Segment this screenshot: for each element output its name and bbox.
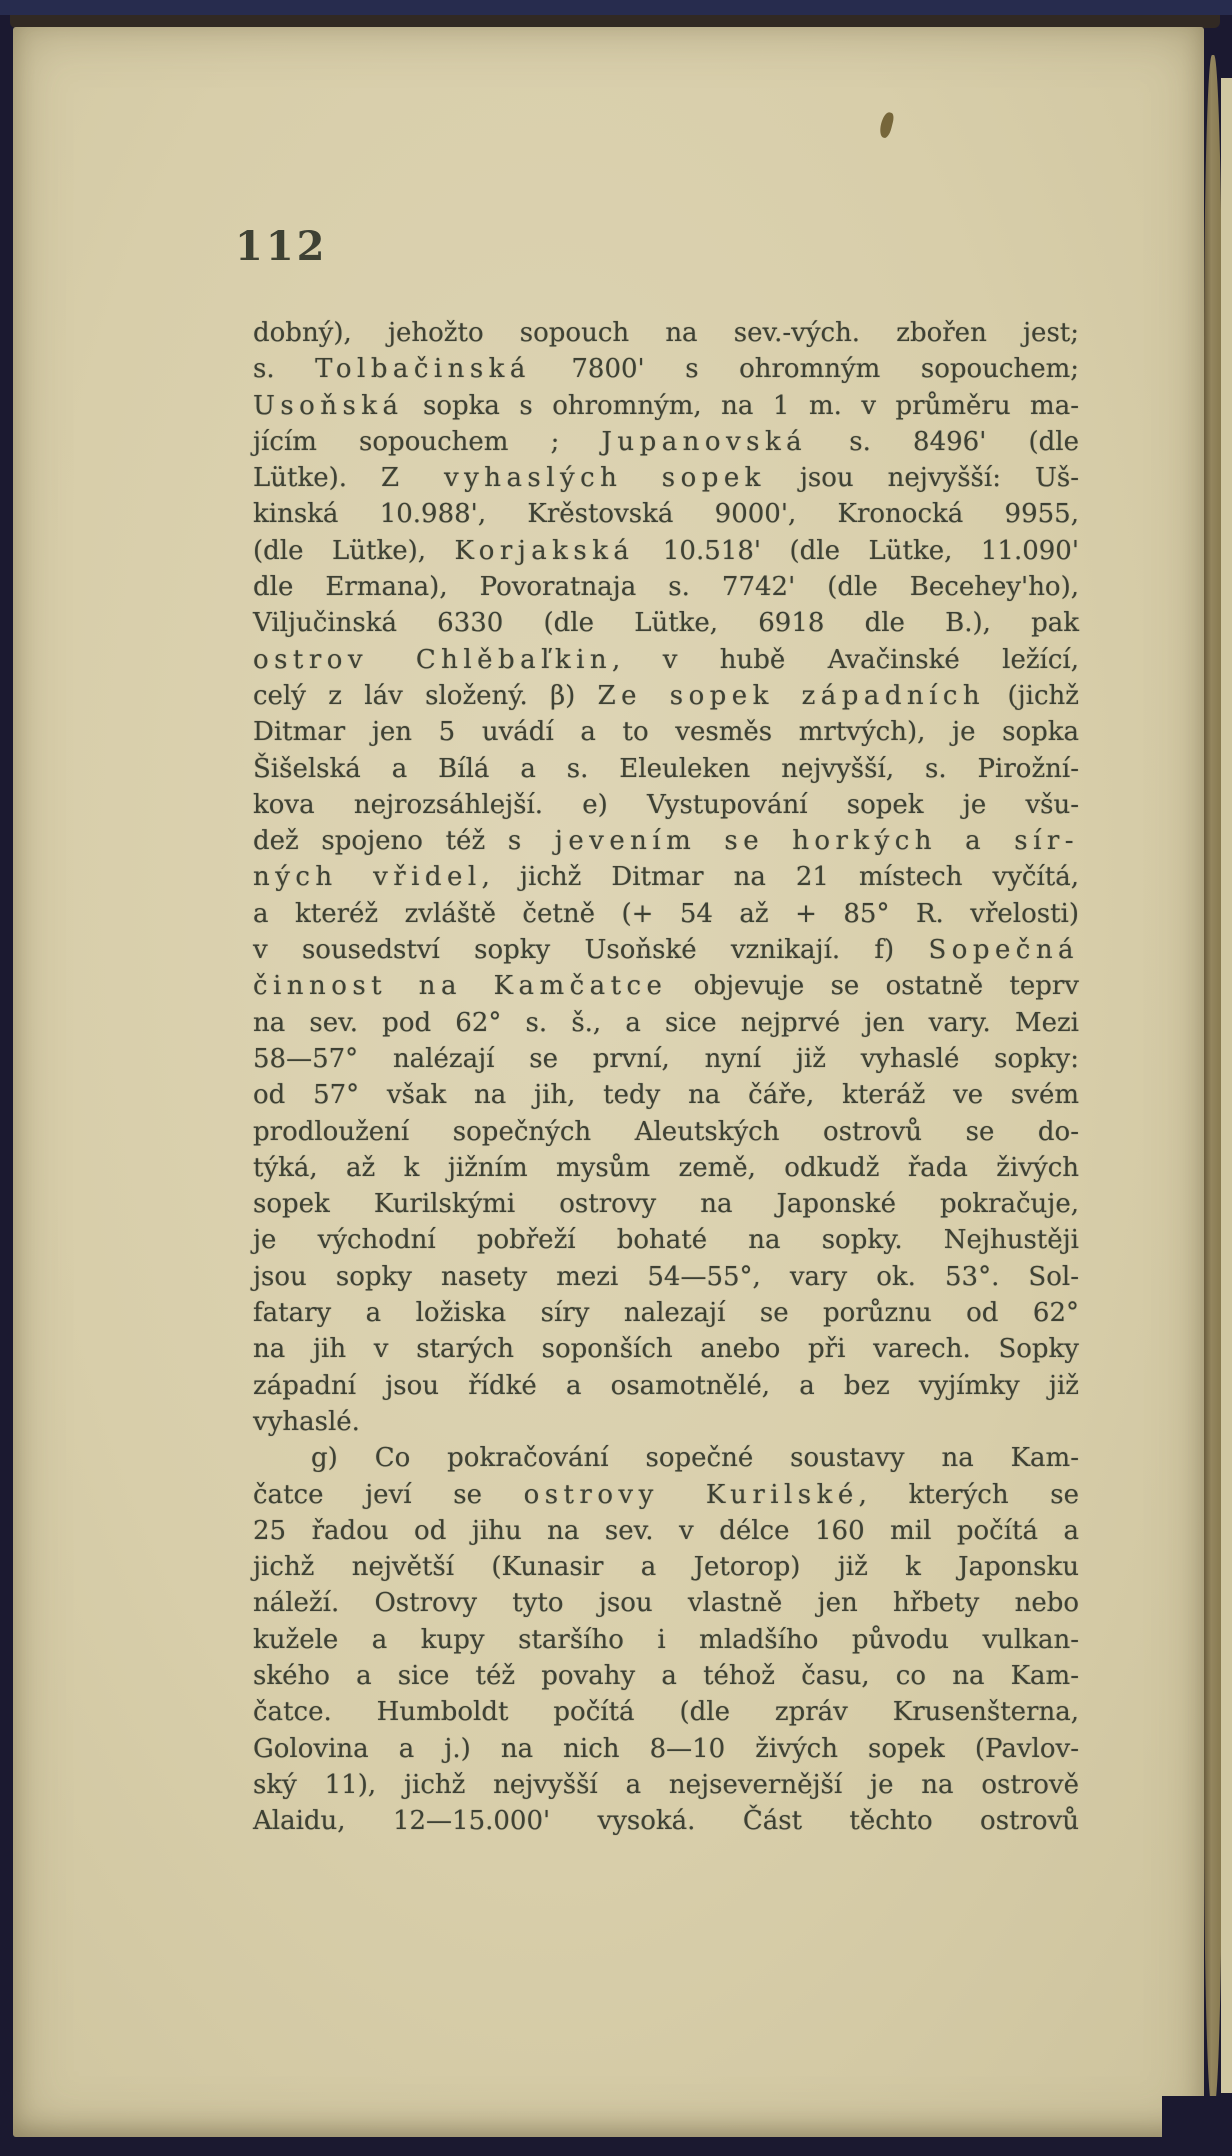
body-text: náleží. Ostrovy tyto jsou vlastně jen hř… xyxy=(253,1588,1079,1618)
text-line: v sousedství sopky Usoňské vznikají. f) … xyxy=(253,932,1079,968)
body-text: s. 8496' (dle xyxy=(807,427,1079,457)
body-text: dež spojeno též xyxy=(253,826,508,856)
text-line: týká, až k jižním mysům země, odkudž řad… xyxy=(253,1150,1079,1186)
body-text: (jichž xyxy=(985,681,1079,711)
body-text: , jichž Ditmar na 21 místech vyčítá, xyxy=(482,862,1079,892)
text-line: kužele a kupy staršího i mladšího původu… xyxy=(253,1622,1079,1658)
text-line: Golovina a j.) na nich 8—10 živých sopek… xyxy=(253,1731,1079,1767)
text-line: kova nejrozsáhlejší. e) Vystupování sope… xyxy=(253,787,1079,823)
body-text: a kteréž zvláště četně (+ 54 až + 85° R.… xyxy=(253,899,1079,929)
underlying-page-edge xyxy=(1221,78,1232,2093)
emphasized-text: Z vyhaslých sopek xyxy=(381,463,766,493)
body-text: 58—57° nalézají se první, nyní již vyhas… xyxy=(253,1044,1079,1074)
body-text: kova nejrozsáhlejší. e) Vystupování sope… xyxy=(253,790,1079,820)
text-line: 25 řadou od jihu na sev. v délce 160 mil… xyxy=(253,1513,1079,1549)
text-line: čatce jeví se ostrovy Kurilské, kterých … xyxy=(253,1477,1079,1513)
body-text: čatce. Humboldt počítá (dle zpráv Krusen… xyxy=(253,1697,1079,1727)
body-text: čatce jeví se xyxy=(253,1480,524,1510)
text-line: činnost na Kamčatce objevuje se ostatně … xyxy=(253,968,1079,1004)
emphasized-text: Ze sopek západních xyxy=(598,681,986,711)
body-text: jsou sopky nasety mezi 54—55°, vary ok. … xyxy=(253,1262,1079,1292)
text-line: Usoňská sopka s ohromným, na 1 m. v prům… xyxy=(253,388,1079,424)
text-line: fatary a ložiska síry nalezají se porůzn… xyxy=(253,1295,1079,1331)
body-text: 10.518' (dle Lütke, 11.090' xyxy=(634,536,1079,566)
text-line: ných vřidel, jichž Ditmar na 21 místech … xyxy=(253,859,1079,895)
text-line: Šišelská a Bílá a s. Eleuleken nejvyšší,… xyxy=(253,751,1079,787)
text-line: Ditmar jen 5 uvádí a to vesměs mrtvých),… xyxy=(253,714,1079,750)
body-text: v sousedství sopky Usoňské vznikají. f) xyxy=(253,935,928,965)
scanned-book-photo: 112 dobný), jehožto sopouch na sev.-vých… xyxy=(0,0,1232,2156)
scan-background-top-bar xyxy=(0,0,1232,15)
body-text: sopka s ohromným, na 1 m. v průměru ma- xyxy=(403,391,1079,421)
text-line: ostrov Chlěbaľkin, v hubě Avačinské leží… xyxy=(253,642,1079,678)
text-line: Viljučinská 6330 (dle Lütke, 6918 dle B.… xyxy=(253,605,1079,641)
body-text: 25 řadou od jihu na sev. v délce 160 mil… xyxy=(253,1516,1079,1546)
emphasized-text: Sopečná xyxy=(928,935,1079,965)
scan-background-corner xyxy=(1162,2096,1232,2156)
body-text: celý z láv složený. β) xyxy=(253,681,598,711)
text-line: Lütke). Z vyhaslých sopek jsou nejvyšší:… xyxy=(253,460,1079,496)
body-text: Ditmar jen 5 uvádí a to vesměs mrtvých),… xyxy=(253,717,1079,747)
text-line: dobný), jehožto sopouch na sev.-vých. zb… xyxy=(253,315,1079,351)
text-line: 58—57° nalézají se první, nyní již vyhas… xyxy=(253,1041,1079,1077)
text-line: g) Co pokračování sopečné soustavy na Ka… xyxy=(253,1440,1079,1476)
text-line: na jih v starých soponších anebo při var… xyxy=(253,1331,1079,1367)
text-block: dobný), jehožto sopouch na sev.-vých. zb… xyxy=(253,315,1079,1839)
text-line: západní jsou řídké a osamotnělé, a bez v… xyxy=(253,1368,1079,1404)
book-page: 112 dobný), jehožto sopouch na sev.-vých… xyxy=(13,27,1204,2137)
text-line: kinská 10.988', Krěstovská 9000', Kronoc… xyxy=(253,496,1079,532)
text-line: a kteréž zvláště četně (+ 54 až + 85° R.… xyxy=(253,896,1079,932)
text-line: jichž největší (Kunasir a Jetorop) již k… xyxy=(253,1549,1079,1585)
text-line: čatce. Humboldt počítá (dle zpráv Krusen… xyxy=(253,1694,1079,1730)
body-text: prodloužení sopečných Aleutských ostrovů… xyxy=(253,1117,1079,1147)
text-line: (dle Lütke), Korjakská 10.518' (dle Lütk… xyxy=(253,533,1079,569)
body-text: s. xyxy=(253,354,315,384)
emphasized-text: ných vřidel xyxy=(253,862,482,892)
emphasized-text: s jevením se horkých a sír- xyxy=(508,826,1079,856)
body-text: , kterých se xyxy=(859,1480,1079,1510)
text-line: je východní pobřeží bohaté na sopky. Nej… xyxy=(253,1222,1079,1258)
text-line: náleží. Ostrovy tyto jsou vlastně jen hř… xyxy=(253,1585,1079,1621)
body-text: ského a sice též povahy a téhož času, co… xyxy=(253,1661,1079,1691)
body-text: 7800' s ohromným sopouchem; xyxy=(531,354,1079,384)
text-line: Alaidu, 12—15.000' vysoká. Část těchto o… xyxy=(253,1803,1079,1839)
body-text: týká, až k jižním mysům země, odkudž řad… xyxy=(253,1153,1079,1183)
body-text: , v hubě Avačinské ležící, xyxy=(612,645,1079,675)
body-text: jícím sopouchem ; xyxy=(253,427,602,457)
text-line: dež spojeno též s jevením se horkých a s… xyxy=(253,823,1079,859)
emphasized-text: Korjakská xyxy=(455,536,635,566)
page-number: 112 xyxy=(235,223,328,270)
emphasized-text: Tolbačinská xyxy=(315,354,531,384)
text-line: vyhaslé. xyxy=(253,1404,1079,1440)
text-line: prodloužení sopečných Aleutských ostrovů… xyxy=(253,1114,1079,1150)
body-text: vyhaslé. xyxy=(253,1407,360,1437)
body-text: je východní pobřeží bohaté na sopky. Nej… xyxy=(253,1225,1079,1255)
text-line: s. Tolbačinská 7800' s ohromným sopouche… xyxy=(253,351,1079,387)
body-text: jsou nejvyšší: Uš- xyxy=(766,463,1079,493)
body-text: Alaidu, 12—15.000' vysoká. Část těchto o… xyxy=(253,1806,1079,1836)
body-text: objevuje se ostatně teprv xyxy=(667,971,1079,1001)
body-text: ský 11), jichž nejvyšší a nejsevernější … xyxy=(253,1770,1079,1800)
emphasized-text: Jupanovská xyxy=(602,427,808,457)
body-text: Šišelská a Bílá a s. Eleuleken nejvyšší,… xyxy=(253,754,1079,784)
body-text: na jih v starých soponších anebo při var… xyxy=(253,1334,1079,1364)
body-text: jichž největší (Kunasir a Jetorop) již k… xyxy=(253,1552,1079,1582)
text-line: sopek Kurilskými ostrovy na Japonské pok… xyxy=(253,1186,1079,1222)
body-text: kinská 10.988', Krěstovská 9000', Kronoc… xyxy=(253,499,1079,529)
body-text: Viljučinská 6330 (dle Lütke, 6918 dle B.… xyxy=(253,608,1079,638)
emphasized-text: ostrov Chlěbaľkin xyxy=(253,645,612,675)
body-text: od 57° však na jih, tedy na čáře, kteráž… xyxy=(253,1080,1079,1110)
text-line: celý z láv složený. β) Ze sopek západníc… xyxy=(253,678,1079,714)
body-text: dle Ermana), Povoratnaja s. 7742' (dle B… xyxy=(253,572,1079,602)
body-text: g) Co pokračování sopečné soustavy na Ka… xyxy=(311,1443,1079,1473)
body-text: Golovina a j.) na nich 8—10 živých sopek… xyxy=(253,1734,1079,1764)
body-text: sopek Kurilskými ostrovy na Japonské pok… xyxy=(253,1189,1079,1219)
body-text: fatary a ložiska síry nalezají se porůzn… xyxy=(253,1298,1079,1328)
emphasized-text: činnost na Kamčatce xyxy=(253,971,667,1001)
emphasized-text: Usoňská xyxy=(253,391,403,421)
text-line: ský 11), jichž nejvyšší a nejsevernější … xyxy=(253,1767,1079,1803)
text-line: od 57° však na jih, tedy na čáře, kteráž… xyxy=(253,1077,1079,1113)
body-text: kužele a kupy staršího i mladšího původu… xyxy=(253,1625,1079,1655)
body-text: západní jsou řídké a osamotnělé, a bez v… xyxy=(253,1371,1079,1401)
text-line: ského a sice též povahy a téhož času, co… xyxy=(253,1658,1079,1694)
page-fore-edge xyxy=(1204,55,1222,2107)
text-line: dle Ermana), Povoratnaja s. 7742' (dle B… xyxy=(253,569,1079,605)
body-text: (dle Lütke), xyxy=(253,536,455,566)
text-line: jícím sopouchem ; Jupanovská s. 8496' (d… xyxy=(253,424,1079,460)
emphasized-text: ostrovy Kurilské xyxy=(524,1480,859,1510)
body-text: dobný), jehožto sopouch na sev.-vých. zb… xyxy=(253,318,1079,348)
text-line: na sev. pod 62° s. š., a sice nejprvé je… xyxy=(253,1005,1079,1041)
body-text: na sev. pod 62° s. š., a sice nejprvé je… xyxy=(253,1008,1079,1038)
body-text: Lütke). xyxy=(253,463,381,493)
text-line: jsou sopky nasety mezi 54—55°, vary ok. … xyxy=(253,1259,1079,1295)
